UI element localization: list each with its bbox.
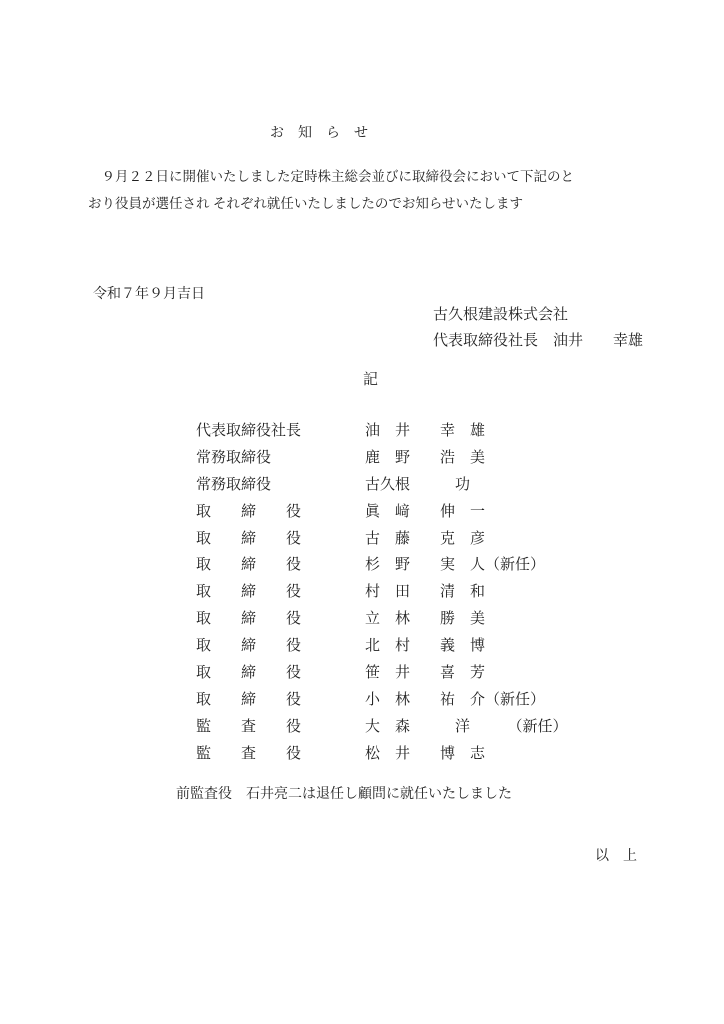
officer-name: 鹿 野 浩 美 <box>365 446 485 467</box>
retirement-note: 前監査役 石井亮二は退任し顧問に就任いたしました <box>176 787 512 803</box>
officer-name: 眞 﨑 伸 一 <box>365 500 485 521</box>
officer-name: 古久根 功 <box>365 473 470 494</box>
officer-row: 取 締 役 眞 﨑 伸 一 <box>0 500 724 527</box>
body-paragraph-line-2: おり役員が選任され それぞれ就任いたしましたのでお知らせいたします <box>88 196 523 212</box>
officer-name: 笹 井 喜 芳 <box>365 661 485 682</box>
officer-row: 取 締 役 北 村 義 博 <box>0 634 724 661</box>
document-title: お 知 ら せ <box>270 126 368 142</box>
officer-row: 取 締 役 古 藤 克 彦 <box>0 527 724 554</box>
officer-role: 常務取締役 <box>196 446 271 467</box>
officer-row: 監 査 役 大 森 洋 （新任） <box>0 715 724 742</box>
officer-role: 代表取締役社長 <box>196 419 301 440</box>
officer-row: 取 締 役 杉 野 実 人（新任） <box>0 553 724 580</box>
officer-role: 監 査 役 <box>196 742 301 763</box>
officer-row: 代表取締役社長 油 井 幸 雄 <box>0 419 724 446</box>
announcement-document: お 知 ら せ ９月２２日に開催いたしました定時株主総会並びに取締役会において下… <box>0 0 724 1024</box>
officer-name: 立 林 勝 美 <box>365 607 485 628</box>
officer-role: 取 締 役 <box>196 634 301 655</box>
body-paragraph-line-1: ９月２２日に開催いたしました定時株主総会並びに取締役会において下記のと <box>88 169 574 185</box>
officer-role: 取 締 役 <box>196 688 301 709</box>
officer-row: 常務取締役 古久根 功 <box>0 473 724 500</box>
closing-mark: 以 上 <box>595 849 637 865</box>
officer-name: 大 森 洋 （新任） <box>365 715 568 736</box>
document-date: 令和７年９月吉日 <box>93 287 205 303</box>
officer-role: 常務取締役 <box>196 473 271 494</box>
officer-name: 杉 野 実 人（新任） <box>365 553 545 574</box>
officer-role: 取 締 役 <box>196 553 301 574</box>
company-name: 古久根建設株式会社 <box>433 307 568 324</box>
officer-role: 取 締 役 <box>196 580 301 601</box>
officer-row: 取 締 役 笹 井 喜 芳 <box>0 661 724 688</box>
officer-name: 村 田 清 和 <box>365 580 485 601</box>
officer-role: 取 締 役 <box>196 500 301 521</box>
officer-row: 取 締 役 小 林 祐 介（新任） <box>0 688 724 715</box>
officer-row: 常務取締役 鹿 野 浩 美 <box>0 446 724 473</box>
officer-row: 監 査 役 松 井 博 志 <box>0 742 724 769</box>
officer-row: 取 締 役 立 林 勝 美 <box>0 607 724 634</box>
officer-role: 取 締 役 <box>196 661 301 682</box>
officer-name: 小 林 祐 介（新任） <box>365 688 545 709</box>
officer-role: 取 締 役 <box>196 607 301 628</box>
officer-list: 代表取締役社長 油 井 幸 雄 常務取締役 鹿 野 浩 美 常務取締役 古久根 … <box>0 419 724 769</box>
officer-row: 取 締 役 村 田 清 和 <box>0 580 724 607</box>
officer-name: 油 井 幸 雄 <box>365 419 485 440</box>
representative-signature: 代表取締役社長 油井 幸雄 <box>433 333 643 350</box>
officer-name: 松 井 博 志 <box>365 742 485 763</box>
officer-name: 北 村 義 博 <box>365 634 485 655</box>
officer-role: 監 査 役 <box>196 715 301 736</box>
officer-role: 取 締 役 <box>196 527 301 548</box>
record-marker: 記 <box>363 372 378 389</box>
officer-name: 古 藤 克 彦 <box>365 527 485 548</box>
